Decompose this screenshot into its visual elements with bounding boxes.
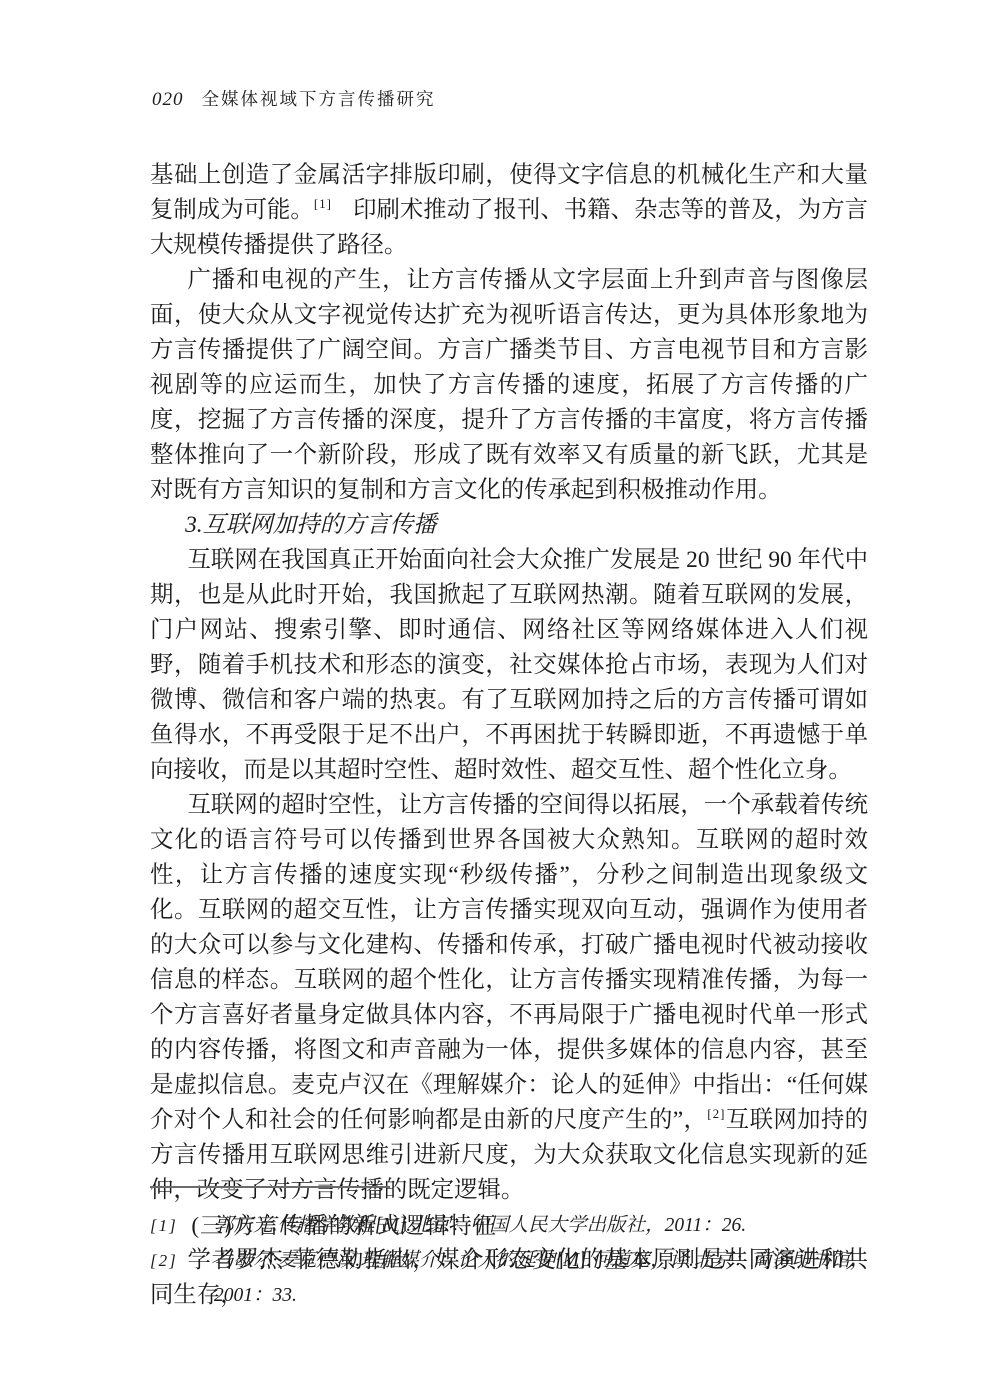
page-header: 020 全媒体视域下方言传播研究 xyxy=(152,86,436,111)
footnote-ref-1: [1] xyxy=(314,196,332,211)
footnote-area: [1] 郭庆光.传播学教程[M].北京：中国人民大学出版社，2011：26. [… xyxy=(150,1186,890,1313)
paragraph-four-super-traits: 互联网的超时空性，让方言传播的空间得以拓展，一个承载着传统文化的语言符号可以传播… xyxy=(150,788,868,1208)
footnote-marker: [2] xyxy=(150,1243,214,1278)
paragraph-internet-rise: 互联网在我国真正开始面向社会大众推广发展是 20 世纪 90 年代中期，也是从此… xyxy=(150,543,868,788)
book-page: 020 全媒体视域下方言传播研究 基础上创造了金属活字排版印刷，使得文字信息的机… xyxy=(0,0,998,1395)
footnote-item: [2] 马歇尔·麦克卢汉.理解媒介：论人的延伸[M].何道宽，译.北京：商务印书… xyxy=(150,1243,890,1313)
footnote-separator xyxy=(150,1186,390,1188)
paragraph-printing-legacy: 基础上创造了金属活字排版印刷，使得文字信息的机械化生产和大量复制成为可能。[1]… xyxy=(150,158,868,263)
paragraph-broadcast-tv: 广播和电视的产生，让方言传播从文字层面上升到声音与图像层面，使大众从文字视觉传达… xyxy=(150,263,868,508)
footnote-text: 郭庆光.传播学教程[M].北京：中国人民大学出版社，2011：26. xyxy=(214,1208,890,1243)
page-number: 020 xyxy=(152,89,184,111)
page-body: 基础上创造了金属活字排版印刷，使得文字信息的机械化生产和大量复制成为可能。[1]… xyxy=(150,158,868,1313)
running-title: 全媒体视域下方言传播研究 xyxy=(202,86,436,111)
footnote-item: [1] 郭庆光.传播学教程[M].北京：中国人民大学出版社，2011：26. xyxy=(150,1208,890,1243)
heading-internet-dialect: 3.互联网加持的方言传播 xyxy=(150,508,868,543)
footnote-ref-2: [2] xyxy=(707,1106,725,1121)
paragraph-text: 互联网的超时空性，让方言传播的空间得以拓展，一个承载着传统文化的语言符号可以传播… xyxy=(150,792,868,1133)
footnote-marker: [1] xyxy=(150,1208,214,1243)
footnote-text: 马歇尔·麦克卢汉.理解媒介：论人的延伸[M].何道宽，译.北京：商务印书馆，20… xyxy=(214,1243,890,1313)
